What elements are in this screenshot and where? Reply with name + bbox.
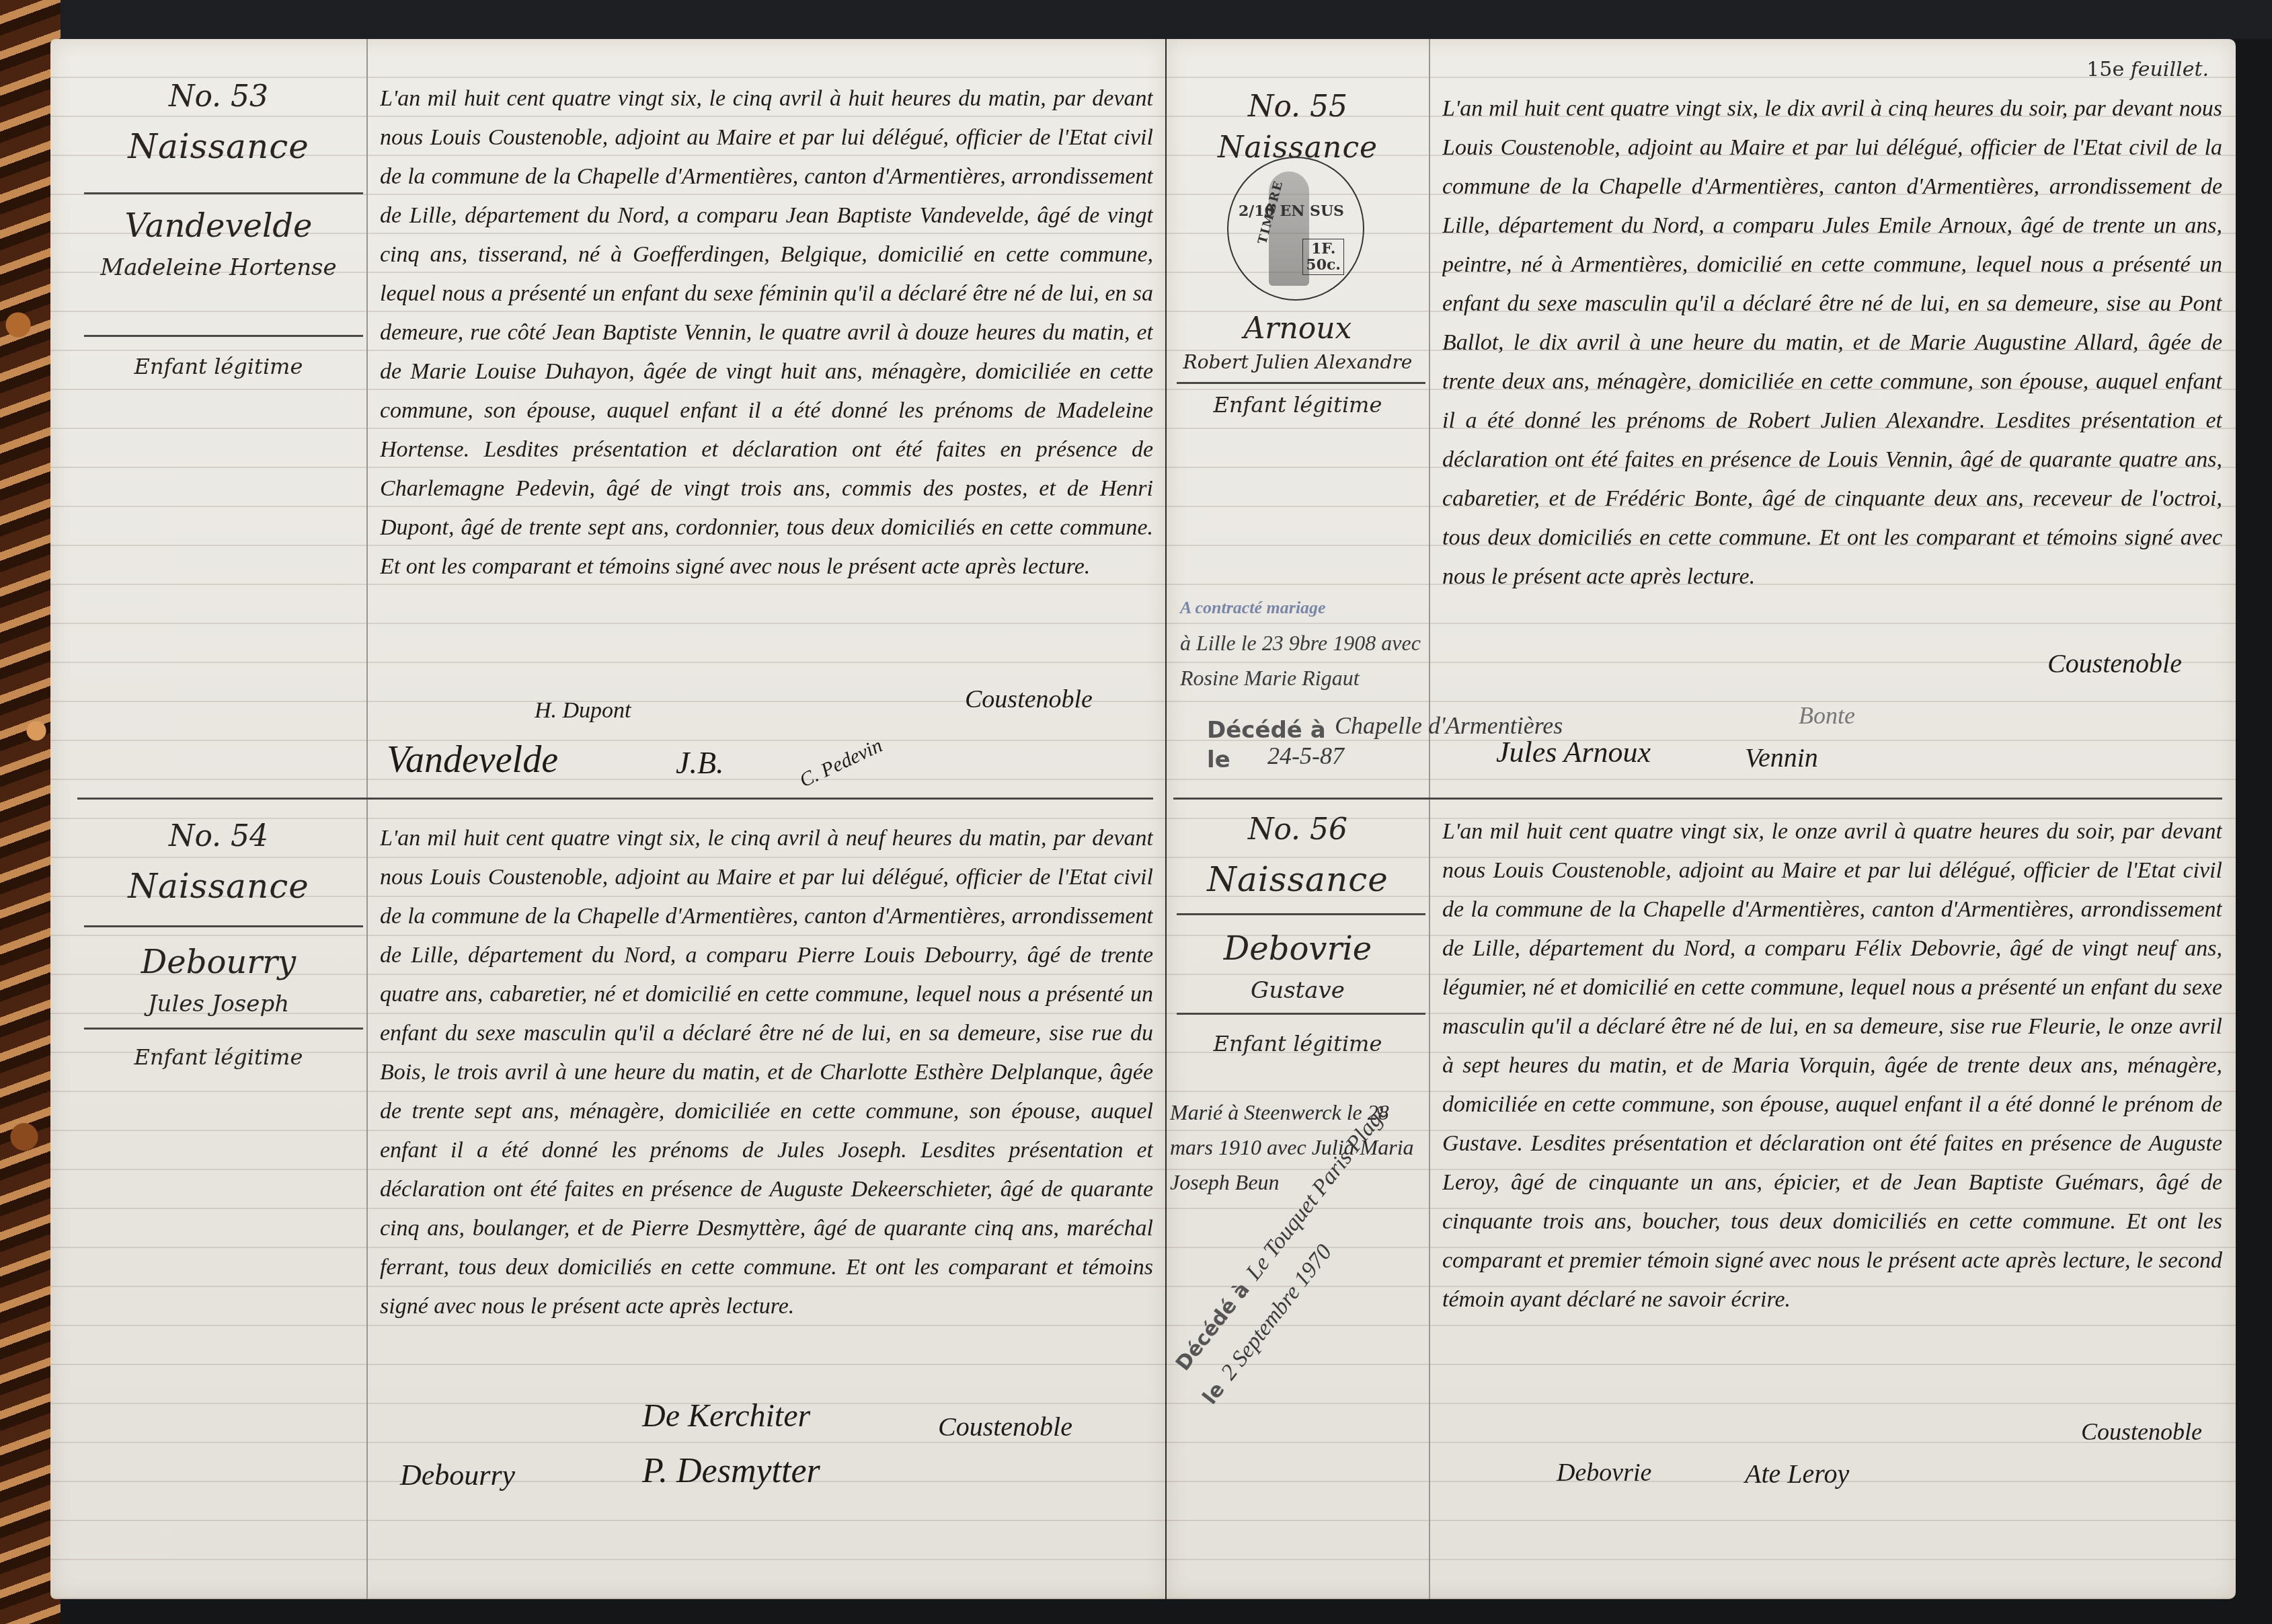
entry-type: Naissance	[77, 127, 360, 166]
entry-surname: Debovrie	[1173, 930, 1422, 968]
entry-number: No. 55	[1173, 89, 1422, 124]
signature: De Kerchiter	[642, 1397, 810, 1434]
signature: P. Desmytter	[642, 1451, 820, 1491]
entry-type: Naissance	[1173, 860, 1422, 899]
right-page: 15e feuillet. No. 55 Naissance TIMBRE 2/…	[1167, 39, 2236, 1599]
signature: Vennin	[1745, 742, 1818, 773]
margin-rule	[366, 39, 368, 1599]
signature: Debovrie	[1557, 1458, 1651, 1487]
entry-given-names: Jules Joseph	[77, 991, 360, 1017]
entry-55-names: Arnoux Robert Julien Alexandre	[1173, 311, 1422, 373]
left-page: No. 53 Naissance Vandevelde Madeleine Ho…	[50, 39, 1167, 1599]
margin-divider	[84, 335, 363, 337]
entry-type: Naissance	[77, 867, 360, 906]
entry-54-names: Debourry Jules Joseph	[77, 943, 360, 1017]
entry-56-names: Debovrie Gustave	[1173, 930, 1422, 1004]
entry-55-body: L'an mil huit cent quatre vingt six, le …	[1442, 89, 2222, 688]
entry-given-names: Madeleine Hortense	[77, 254, 360, 281]
stamp-value-francs: 1F.	[1306, 241, 1341, 257]
signature: Coustenoble	[938, 1411, 1072, 1442]
margin-divider	[84, 1028, 363, 1030]
entry-status: Enfant légitime	[1173, 392, 1422, 418]
signature: C. Pedevin	[796, 734, 886, 792]
entry-53-status: Enfant légitime	[77, 354, 360, 379]
stamp-value-cents: 50c.	[1306, 257, 1341, 273]
signature: Jules Arnoux	[1496, 735, 1651, 769]
death-date: 24-5-87	[1267, 738, 1344, 773]
entry-54-margin: No. 54 Naissance	[77, 819, 360, 906]
marriage-note: à Lille le 23 9bre 1908 avec Rosine Mari…	[1180, 625, 1422, 695]
signature: J.B.	[676, 745, 724, 781]
margin-divider	[84, 192, 363, 194]
margin-divider	[1177, 913, 1425, 915]
entry-53-margin: No. 53 Naissance	[77, 79, 360, 166]
marriage-stamp: A contracté mariage	[1180, 590, 1422, 625]
book-cover-top	[0, 0, 2272, 39]
entry-53-names: Vandevelde Madeleine Hortense	[77, 207, 360, 281]
margin-divider	[1177, 1013, 1425, 1015]
entry-surname: Arnoux	[1173, 311, 1422, 346]
entry-given-names: Robert Julien Alexandre	[1173, 351, 1422, 373]
entry-56-body: L'an mil huit cent quatre vingt six, le …	[1442, 812, 2222, 1438]
entry-number: No. 56	[1173, 812, 1422, 847]
signature: Debourry	[400, 1458, 515, 1492]
margin-rule	[1429, 39, 1430, 1599]
entry-status: Enfant légitime	[1173, 1031, 1422, 1056]
entry-given-names: Gustave	[1173, 977, 1422, 1004]
entry-divider	[77, 798, 1153, 800]
entry-status: Enfant légitime	[77, 354, 360, 379]
entry-53-body: L'an mil huit cent quatre vingt six, le …	[380, 79, 1153, 718]
entry-56-status: Enfant légitime	[1173, 1031, 1422, 1056]
folio-label: feuillet.	[2131, 58, 2209, 81]
entry-55-margin: No. 55 Naissance	[1173, 89, 1422, 165]
marriage-annotation: A contracté mariage à Lille le 23 9bre 1…	[1180, 590, 1422, 695]
entry-54-status: Enfant légitime	[77, 1044, 360, 1070]
signature: Coustenoble	[965, 685, 1093, 714]
entry-54-body: L'an mil huit cent quatre vingt six, le …	[380, 819, 1153, 1404]
death-stamp-le: le	[1207, 746, 1230, 773]
signature: Coustenoble	[2047, 648, 2182, 679]
stamp-surcharge: 2/10 EN SUS	[1239, 204, 1344, 219]
entry-status: Enfant légitime	[77, 1044, 360, 1070]
signature: H. Dupont	[535, 698, 631, 724]
death-stamp-le: le	[1198, 1378, 1229, 1409]
margin-divider	[1177, 382, 1425, 384]
signature: Vandevelde	[387, 738, 558, 781]
tax-stamp-timbre: TIMBRE 2/10 EN SUS 1F. 50c.	[1227, 157, 1364, 301]
signature: Ate Leroy	[1745, 1458, 1849, 1490]
signature: Coustenoble	[2081, 1418, 2202, 1446]
entry-number: No. 54	[77, 819, 360, 853]
entry-surname: Debourry	[77, 943, 360, 981]
folio-number-value: 15e	[2086, 58, 2124, 81]
entry-divider	[1173, 798, 2222, 800]
entry-56-margin: No. 56 Naissance	[1173, 812, 1422, 899]
entry-55-status: Enfant légitime	[1173, 392, 1422, 418]
signature: Bonte	[1799, 701, 1855, 730]
entry-number: No. 53	[77, 79, 360, 114]
margin-divider	[84, 925, 363, 927]
folio-number: 15e feuillet.	[2086, 58, 2209, 81]
entry-surname: Vandevelde	[77, 207, 360, 245]
stamp-value: 1F. 50c.	[1302, 239, 1344, 275]
